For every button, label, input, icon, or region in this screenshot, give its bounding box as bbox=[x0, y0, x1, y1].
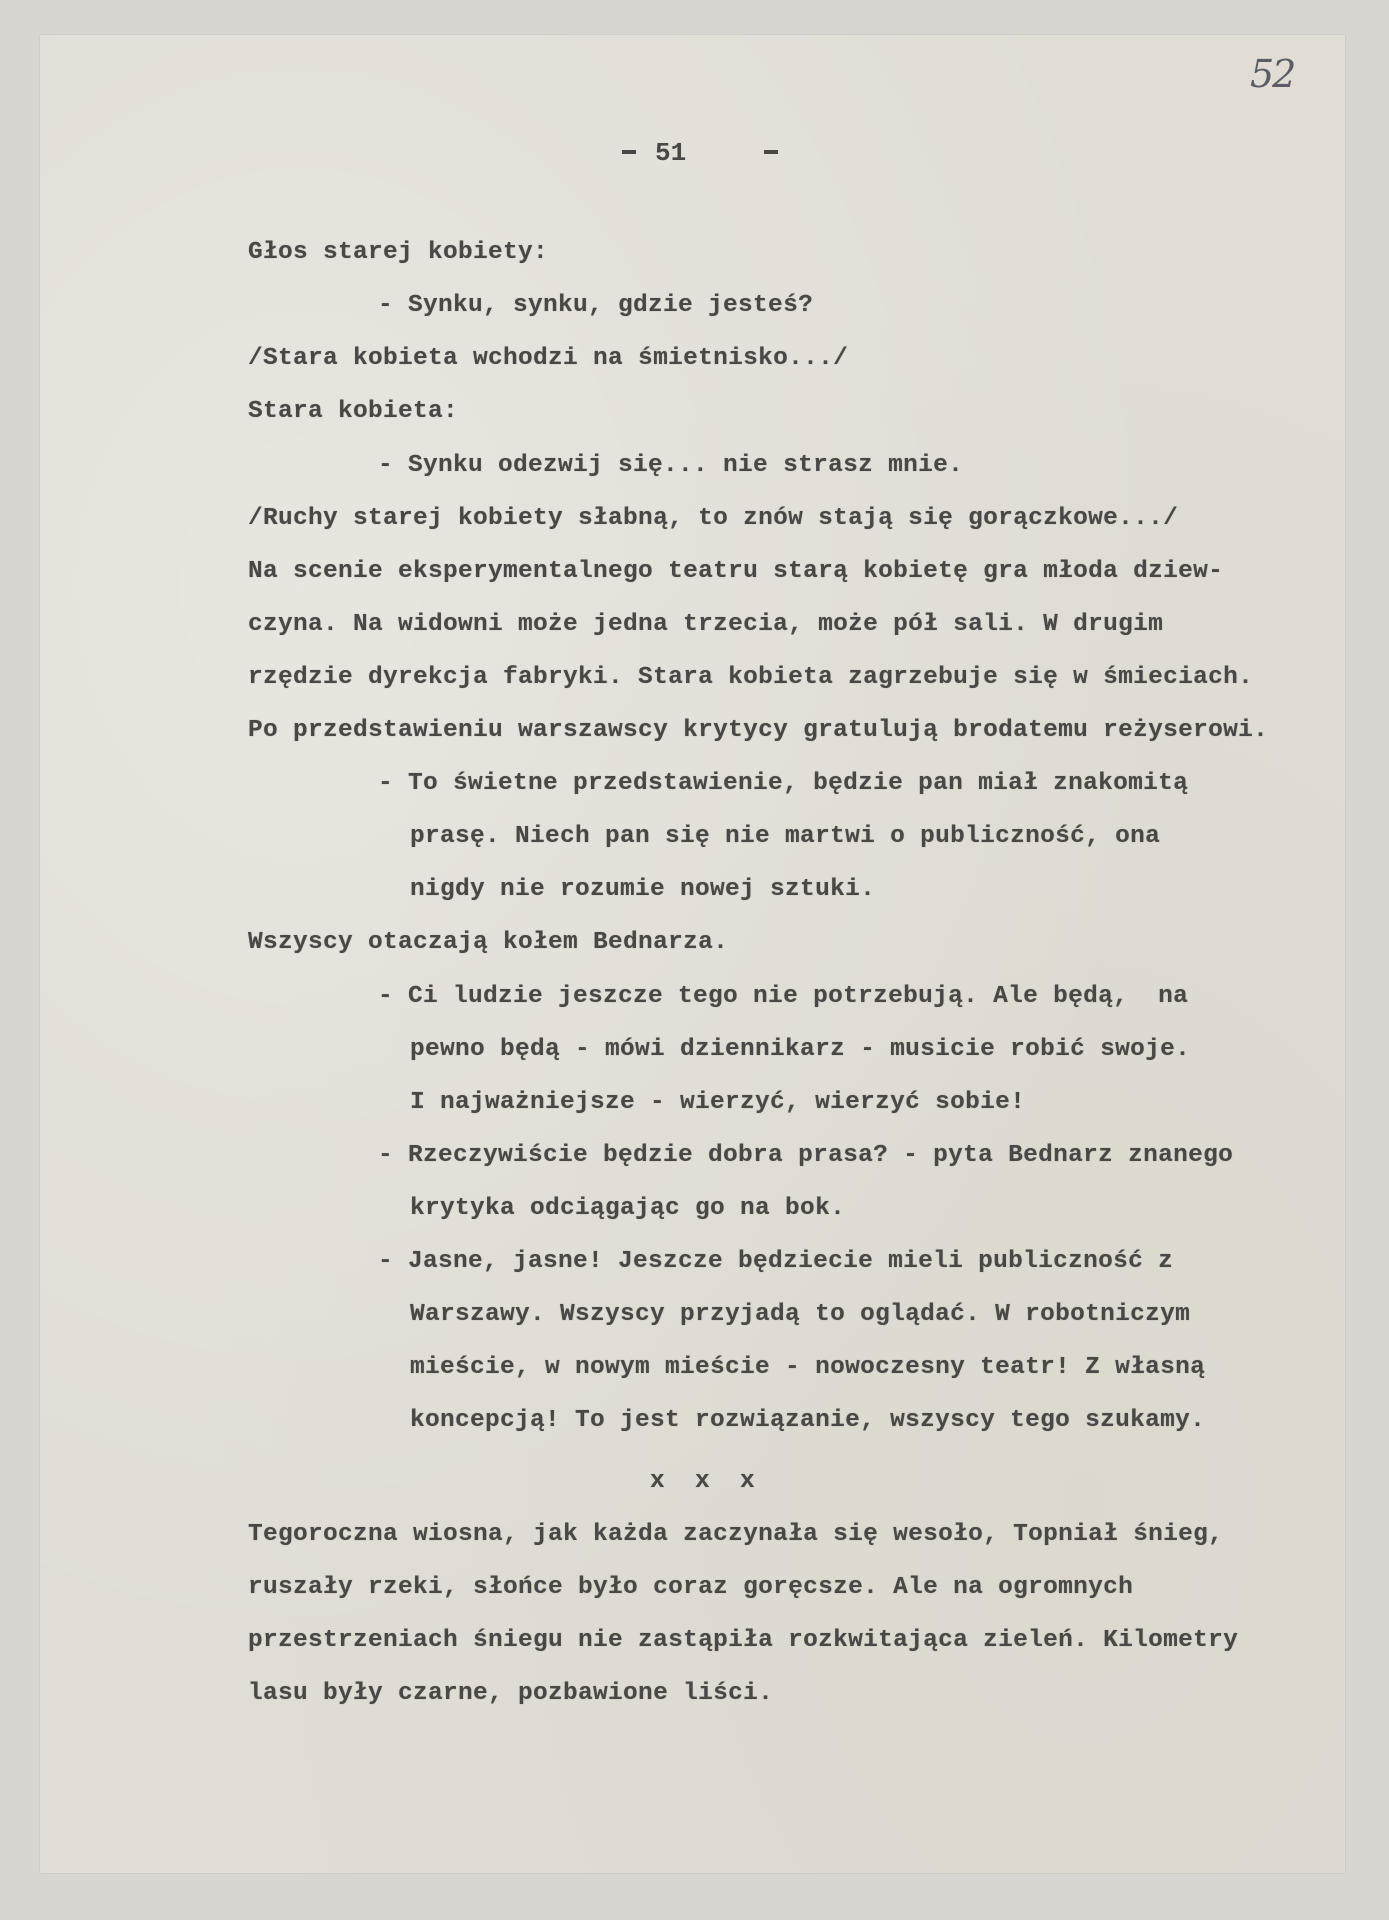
section-separator: x x x bbox=[650, 1470, 755, 1495]
text-line: Na scenie eksperymentalnego teatru starą… bbox=[248, 560, 1223, 585]
text-line: - To świetne przedstawienie, będzie pan … bbox=[378, 772, 1188, 797]
text-line: krytyka odciągając go na bok. bbox=[410, 1197, 845, 1222]
text-line: I najważniejsze - wierzyć, wierzyć sobie… bbox=[410, 1091, 1025, 1116]
text-line: lasu były czarne, pozbawione liści. bbox=[248, 1682, 773, 1707]
text-line: nigdy nie rozumie nowej sztuki. bbox=[410, 878, 875, 903]
text-line: prasę. Niech pan się nie martwi o public… bbox=[410, 825, 1160, 850]
text-line: Tegoroczna wiosna, jak każda zaczynała s… bbox=[248, 1523, 1223, 1548]
page-number: 51 bbox=[655, 138, 686, 168]
text-line: czyna. Na widowni może jedna trzecia, mo… bbox=[248, 613, 1163, 638]
text-line: - Rzeczywiście będzie dobra prasa? - pyt… bbox=[378, 1144, 1233, 1169]
text-line: Warszawy. Wszyscy przyjadą to oglądać. W… bbox=[410, 1303, 1190, 1328]
text-line: Po przedstawieniu warszawscy krytycy gra… bbox=[248, 719, 1268, 744]
text-line: ruszały rzeki, słońce było coraz goręcsz… bbox=[248, 1576, 1133, 1601]
stage-direction: /Ruchy starej kobiety słabną, to znów st… bbox=[248, 507, 1178, 532]
text-line: rzędzie dyrekcja fabryki. Stara kobieta … bbox=[248, 666, 1253, 691]
text-line: pewno będą - mówi dziennikarz - musicie … bbox=[410, 1038, 1190, 1063]
text-line: Stara kobieta: bbox=[248, 400, 458, 425]
text-line: Głos starej kobiety: bbox=[248, 241, 548, 266]
text-line: - Jasne, jasne! Jeszcze będziecie mieli … bbox=[378, 1250, 1173, 1275]
text-line: przestrzeniach śniegu nie zastąpiła rozk… bbox=[248, 1629, 1238, 1654]
text-line: Wszyscy otaczają kołem Bednarza. bbox=[248, 931, 728, 956]
text-line: koncepcją! To jest rozwiązanie, wszyscy … bbox=[410, 1409, 1205, 1434]
text-line: - Ci ludzie jeszcze tego nie potrzebują.… bbox=[378, 985, 1188, 1010]
text-line: - Synku odezwij się... nie strasz mnie. bbox=[378, 454, 963, 479]
page-number-dash-left bbox=[622, 150, 636, 154]
stage-direction: /Stara kobieta wchodzi na śmietnisko.../ bbox=[248, 347, 848, 372]
text-line: - Synku, synku, gdzie jesteś? bbox=[378, 294, 813, 319]
handwritten-folio-number: 52 bbox=[1250, 52, 1294, 96]
text-line: mieście, w nowym mieście - nowoczesny te… bbox=[410, 1356, 1205, 1381]
page-number-dash-right bbox=[764, 150, 778, 154]
